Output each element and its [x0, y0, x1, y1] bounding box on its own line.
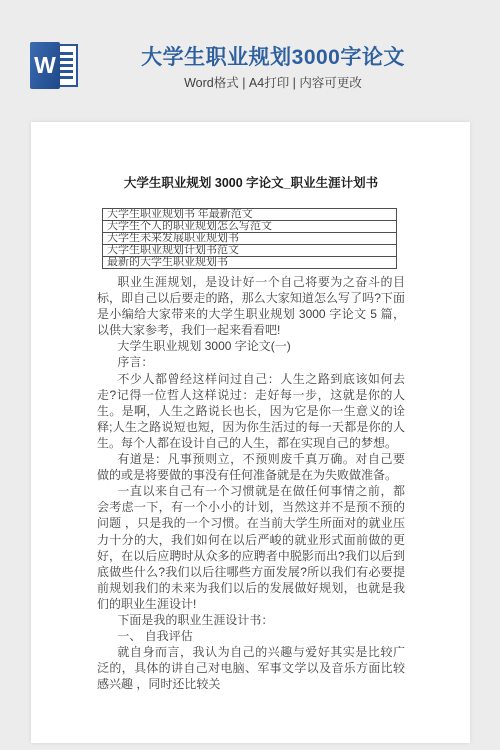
- related-link-text: 大学生个人的职业规划怎么写范文: [103, 221, 397, 233]
- related-link-row: 最新的大学生职业规划书: [103, 257, 397, 269]
- page-title: 大学生职业规划3000字论文: [0, 44, 500, 71]
- document-paragraph: 有道是：凡事预则立，不预则废千真万确。对自己要做的或是将要做的事没有任何准备就是…: [97, 451, 405, 483]
- related-link-row: 大学生个人的职业规划怎么写范文: [103, 221, 397, 233]
- document-paragraph: 序言：: [97, 354, 405, 370]
- related-link-row: 大学生职业规划书 年最新范文: [103, 209, 397, 221]
- related-links-table: 大学生职业规划书 年最新范文 大学生个人的职业规划怎么写范文 大学生未来发展职业…: [102, 208, 397, 269]
- document-body: 职业生涯规划，是设计好一个自己将要为之奋斗的目标，即自己以后要走的路，那么大家知…: [97, 274, 405, 692]
- related-link-text: 大学生未来发展职业规划书: [103, 233, 397, 245]
- document-paragraph: 大学生职业规划 3000 字论文(一): [97, 338, 405, 354]
- related-link-text: 大学生职业规划计划书范文: [103, 245, 397, 257]
- document-paragraph: 一、 自我评估: [97, 628, 405, 644]
- document-paragraph: 就自身而言，我认为自己的兴趣与爱好其实是比较广泛的，具体的讲自己对电脑、军事文学…: [97, 644, 405, 692]
- format-info: Word格式 | A4打印 | 内容可更改: [0, 75, 500, 91]
- related-link-text: 大学生职业规划书 年最新范文: [103, 209, 397, 221]
- document-paragraph: 下面是我的职业生涯设计书：: [97, 612, 405, 628]
- related-link-text: 最新的大学生职业规划书: [103, 257, 397, 269]
- related-link-row: 大学生未来发展职业规划书: [103, 233, 397, 245]
- related-link-row: 大学生职业规划计划书范文: [103, 245, 397, 257]
- document-paragraph: 不少人都曾经这样问过自己：人生之路到底该如何去走?记得一位哲人这样说过：走好每一…: [97, 371, 405, 451]
- document-paragraph: 职业生涯规划，是设计好一个自己将要为之奋斗的目标，即自己以后要走的路，那么大家知…: [97, 274, 405, 338]
- document-paragraph: 一直以来自己有一个习惯就是在做任何事情之前，都会考虑一下，有一个小小的计划，当然…: [97, 483, 405, 612]
- header: W 大学生职业规划3000字论文 Word格式 | A4打印 | 内容可更改: [0, 0, 500, 122]
- document-heading: 大学生职业规划 3000 字论文_职业生涯计划书: [97, 176, 405, 191]
- document-content: 大学生职业规划 3000 字论文_职业生涯计划书 大学生职业规划书 年最新范文 …: [31, 122, 470, 692]
- document-page: 大学生职业规划 3000 字论文_职业生涯计划书 大学生职业规划书 年最新范文 …: [31, 122, 470, 743]
